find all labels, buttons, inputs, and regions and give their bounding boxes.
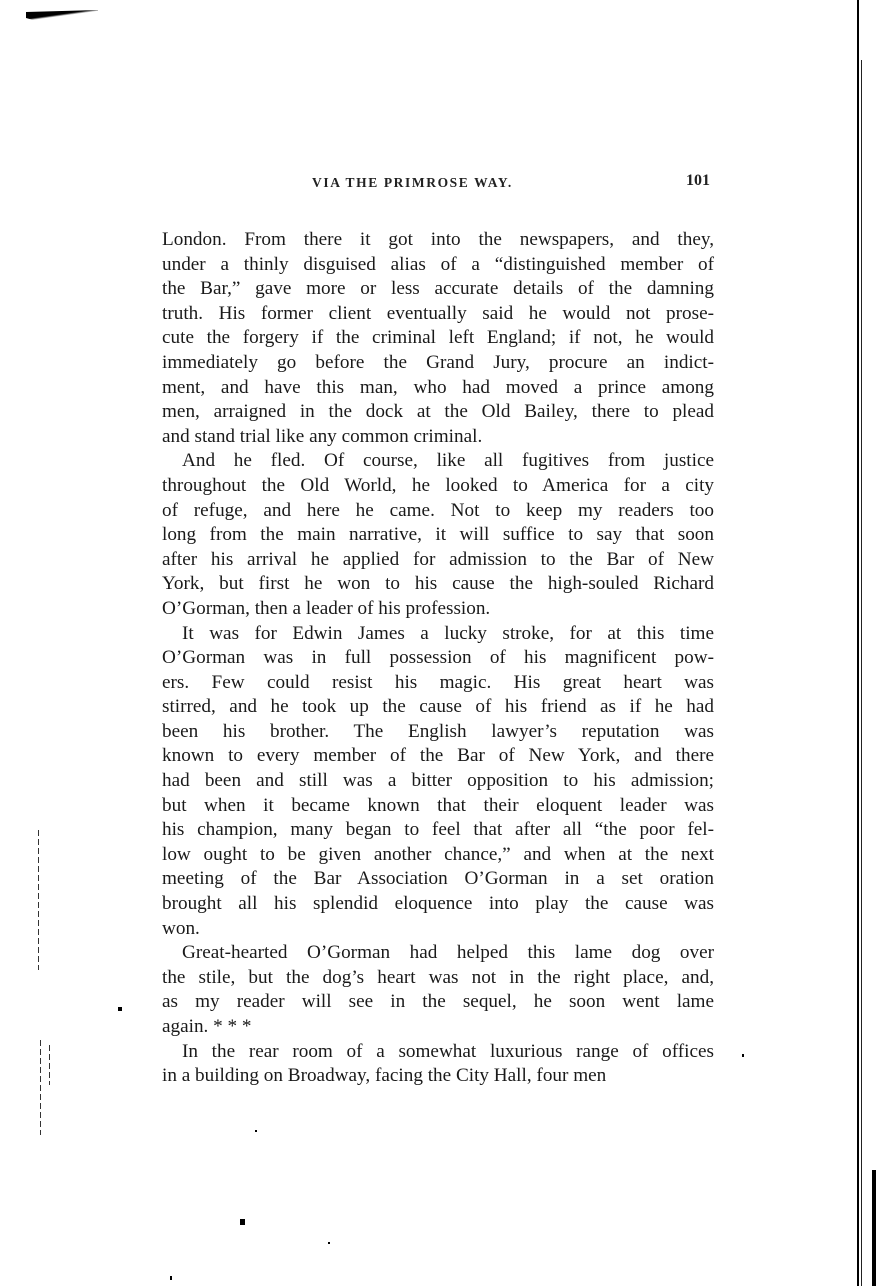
speck <box>255 1130 257 1132</box>
text-line: O’Gorman, then a leader of his professio… <box>162 597 714 622</box>
page-header: VIA THE PRIMROSE WAY. 101 <box>162 172 714 194</box>
text-line: been his brother. The English lawyer’s r… <box>162 720 714 745</box>
text-line: throughout the Old World, he looked to A… <box>162 474 714 499</box>
page-edge-right-outer <box>857 0 859 1286</box>
text-line: And he fled. Of course, like all fugitiv… <box>162 449 714 474</box>
running-head: VIA THE PRIMROSE WAY. <box>312 175 513 191</box>
text-line: after his arrival he applied for admissi… <box>162 548 714 573</box>
text-line: and stand trial like any common criminal… <box>162 425 714 450</box>
text-line: truth. His former client eventually said… <box>162 302 714 327</box>
text-line: York, but first he won to his cause the … <box>162 572 714 597</box>
text-line: immediately go before the Grand Jury, pr… <box>162 351 714 376</box>
text-line: as my reader will see in the sequel, he … <box>162 990 714 1015</box>
text-line: known to every member of the Bar of New … <box>162 744 714 769</box>
speck <box>328 1242 330 1244</box>
page-number: 101 <box>686 172 710 190</box>
text-line: It was for Edwin James a lucky stroke, f… <box>162 622 714 647</box>
text-line: of refuge, and here he came. Not to keep… <box>162 499 714 524</box>
text-line: but when it became known that their eloq… <box>162 794 714 819</box>
page-edge-left-mark <box>49 1045 50 1085</box>
text-line: meeting of the Bar Association O’Gorman … <box>162 867 714 892</box>
speck <box>118 1007 122 1011</box>
text-line: brought all his splendid eloquence into … <box>162 892 714 917</box>
paragraph: It was for Edwin James a lucky stroke, f… <box>162 622 714 942</box>
text-line: had been and still was a bitter oppositi… <box>162 769 714 794</box>
paragraph: Great-hearted O’Gorman had helped this l… <box>162 941 714 1039</box>
text-line: his champion, many began to feel that af… <box>162 818 714 843</box>
speck <box>742 1054 744 1057</box>
speck <box>170 1276 172 1280</box>
text-line: O’Gorman was in full possession of his m… <box>162 646 714 671</box>
page-edge-right-inner <box>861 60 862 1286</box>
paragraph: London. From there it got into the newsp… <box>162 228 714 449</box>
text-line: Great-hearted O’Gorman had helped this l… <box>162 941 714 966</box>
page-edge-right-bottom <box>872 1170 876 1286</box>
text-line: long from the main narrative, it will su… <box>162 523 714 548</box>
text-line: again. * * * <box>162 1015 714 1040</box>
text-line: ers. Few could resist his magic. His gre… <box>162 671 714 696</box>
text-line: London. From there it got into the newsp… <box>162 228 714 253</box>
scan-artifact-mark <box>26 10 98 20</box>
body-text: London. From there it got into the newsp… <box>162 228 714 1089</box>
text-line: the Bar,” gave more or less accurate det… <box>162 277 714 302</box>
text-line: low ought to be given another chance,” a… <box>162 843 714 868</box>
paragraph: And he fled. Of course, like all fugitiv… <box>162 449 714 621</box>
page-edge-left-upper <box>38 830 39 970</box>
text-line: ment, and have this man, who had moved a… <box>162 376 714 401</box>
text-line: under a thinly disguised alias of a “dis… <box>162 253 714 278</box>
text-line: men, arraigned in the dock at the Old Ba… <box>162 400 714 425</box>
speck <box>240 1219 245 1225</box>
page-edge-left-lower <box>40 1040 41 1135</box>
text-line: stirred, and he took up the cause of his… <box>162 695 714 720</box>
text-line: in a building on Broadway, facing the Ci… <box>162 1064 714 1089</box>
paragraph: In the rear room of a somewhat luxurious… <box>162 1040 714 1089</box>
text-line: won. <box>162 917 714 942</box>
text-line: the stile, but the dog’s heart was not i… <box>162 966 714 991</box>
text-line: In the rear room of a somewhat luxurious… <box>162 1040 714 1065</box>
text-line: cute the forgery if the criminal left En… <box>162 326 714 351</box>
